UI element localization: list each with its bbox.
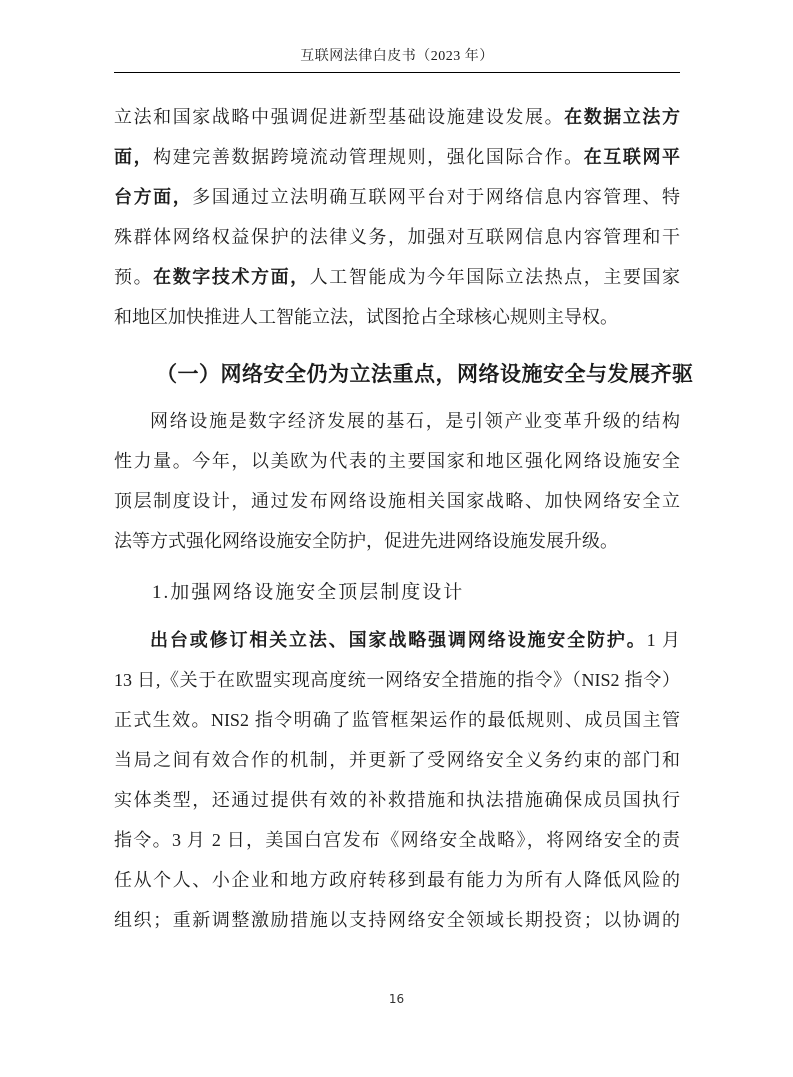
section-heading: （一）网络安全仍为立法重点，网络设施安全与发展齐驱 bbox=[114, 354, 680, 394]
text-line: 组织；重新调整激励措施以支持网络安全领域长期投资；以协调的 bbox=[114, 900, 680, 940]
text-line: 和地区加快推进人工智能立法，试图抢占全球核心规则主导权。 bbox=[114, 297, 680, 337]
page-body: 立法和国家战略中强调促进新型基础设施建设发展。在数据立法方 面，构建完善数据跨境… bbox=[114, 97, 680, 940]
text-segment: 立法和国家战略中强调促进新型基础设施建设发展。 bbox=[114, 107, 564, 127]
text-line: 网络设施是数字经济发展的基石，是引领产业变革升级的结构 bbox=[114, 401, 680, 441]
text-segment: 1 月 bbox=[647, 630, 680, 650]
text-line: 预。在数字技术方面，人工智能成为今年国际立法热点，主要国家 bbox=[114, 257, 680, 297]
text-segment: 网络设施是数字经济发展的基石，是引领产业变革升级的结构 bbox=[150, 411, 680, 431]
text-segment-bold: 面， bbox=[114, 147, 153, 167]
text-line: 性力量。今年，以美欧为代表的主要国家和地区强化网络设施安全 bbox=[114, 441, 680, 481]
text-line: 顶层制度设计，通过发布网络设施相关国家战略、加快网络安全立 bbox=[114, 481, 680, 521]
page-number: 16 bbox=[0, 992, 793, 1006]
text-segment: 殊群体网络权益保护的法律义务，加强对互联网信息内容管理和干 bbox=[114, 227, 680, 247]
paragraph-network-infrastructure: 网络设施是数字经济发展的基石，是引领产业变革升级的结构 性力量。今年，以美欧为代… bbox=[114, 401, 680, 561]
text-line: 出台或修订相关立法、国家战略强调网络设施安全防护。1 月 bbox=[114, 620, 680, 660]
text-segment-bold: 在互联网平 bbox=[584, 147, 680, 167]
text-segment: 组织；重新调整激励措施以支持网络安全领域长期投资；以协调的 bbox=[114, 910, 680, 930]
text-line: 指令。3 月 2 日，美国白宫发布《网络安全战略》，将网络安全的责 bbox=[114, 820, 680, 860]
text-segment-bold: 出台或修订相关立法、国家战略强调网络设施安全防护。 bbox=[150, 630, 647, 650]
text-line: 殊群体网络权益保护的法律义务，加强对互联网信息内容管理和干 bbox=[114, 217, 680, 257]
text-segment: 和地区加快推进人工智能立法，试图抢占全球核心规则主导权。 bbox=[114, 307, 618, 327]
header-rule bbox=[114, 72, 680, 73]
subsection-heading: 1.加强网络设施安全顶层制度设计 bbox=[114, 573, 680, 613]
text-line: 台方面，多国通过立法明确互联网平台对于网络信息内容管理、特 bbox=[114, 177, 680, 217]
text-segment: 正式生效。NIS2 指令明确了监管框架运作的最低规则、成员国主管 bbox=[114, 710, 680, 730]
text-line: 立法和国家战略中强调促进新型基础设施建设发展。在数据立法方 bbox=[114, 97, 680, 137]
text-segment: 人工智能成为今年国际立法热点，主要国家 bbox=[310, 267, 680, 287]
text-segment: 任从个人、小企业和地方政府转移到最有能力为所有人降低风险的 bbox=[114, 870, 680, 890]
text-line: 当局之间有效合作的机制，并更新了受网络安全义务约束的部门和 bbox=[114, 740, 680, 780]
text-segment: 多国通过立法明确互联网平台对于网络信息内容管理、特 bbox=[192, 187, 680, 207]
text-segment-bold: 在数字技术方面， bbox=[153, 267, 310, 287]
text-line: 正式生效。NIS2 指令明确了监管框架运作的最低规则、成员国主管 bbox=[114, 700, 680, 740]
text-line: 法等方式强化网络设施安全防护，促进先进网络设施发展升级。 bbox=[114, 521, 680, 561]
text-segment: 构建完善数据跨境流动管理规则，强化国际合作。 bbox=[153, 147, 584, 167]
text-segment: 当局之间有效合作的机制，并更新了受网络安全义务约束的部门和 bbox=[114, 750, 680, 770]
text-segment: 13 日,《关于在欧盟实现高度统一网络安全措施的指令》（NIS2 指令） bbox=[114, 670, 680, 690]
paragraph-intro: 立法和国家战略中强调促进新型基础设施建设发展。在数据立法方 面，构建完善数据跨境… bbox=[114, 97, 680, 337]
text-segment: 实体类型，还通过提供有效的补救措施和执法措施确保成员国执行 bbox=[114, 790, 680, 810]
text-segment: 法等方式强化网络设施安全防护，促进先进网络设施发展升级。 bbox=[114, 531, 618, 551]
text-segment-bold: 在数据立法方 bbox=[564, 107, 680, 127]
text-line: 面，构建完善数据跨境流动管理规则，强化国际合作。在互联网平 bbox=[114, 137, 680, 177]
text-segment: 顶层制度设计，通过发布网络设施相关国家战略、加快网络安全立 bbox=[114, 491, 680, 511]
paragraph-legislation-details: 出台或修订相关立法、国家战略强调网络设施安全防护。1 月 13 日,《关于在欧盟… bbox=[114, 620, 680, 940]
text-segment: 指令。3 月 2 日，美国白宫发布《网络安全战略》，将网络安全的责 bbox=[114, 830, 680, 850]
document-page: { "page": { "header_title": "互联网法律白皮书（20… bbox=[0, 0, 793, 1077]
text-segment-bold: 台方面， bbox=[114, 187, 192, 207]
text-segment: 预。 bbox=[114, 267, 153, 287]
text-line: 任从个人、小企业和地方政府转移到最有能力为所有人降低风险的 bbox=[114, 860, 680, 900]
header-title: 互联网法律白皮书（2023 年） bbox=[114, 46, 680, 68]
text-line: 实体类型，还通过提供有效的补救措施和执法措施确保成员国执行 bbox=[114, 780, 680, 820]
text-line: 13 日,《关于在欧盟实现高度统一网络安全措施的指令》（NIS2 指令） bbox=[114, 660, 680, 700]
text-segment: 性力量。今年，以美欧为代表的主要国家和地区强化网络设施安全 bbox=[114, 451, 680, 471]
